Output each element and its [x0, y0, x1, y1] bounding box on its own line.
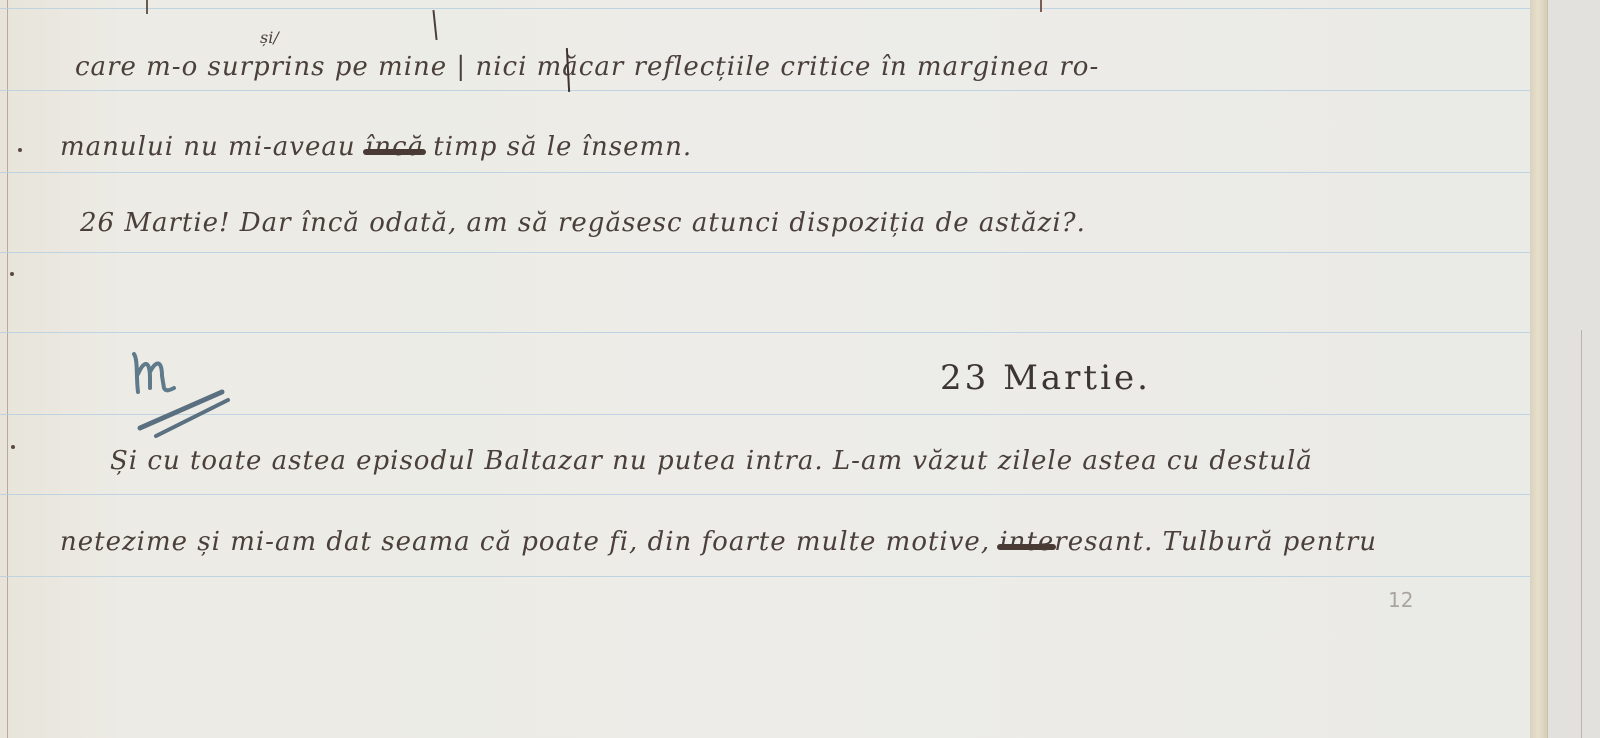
handwritten-line: manului nu mi-aveau încă timp să le înse… [60, 132, 692, 162]
stray-ink-mark [146, 0, 148, 14]
notebook-page: și/ care m-o surprins pe mine | nici măc… [0, 0, 1530, 738]
line-text: pe mine | nici măcar reflecțiile critice… [335, 52, 1099, 82]
line-text: care m-o surprins [75, 52, 335, 82]
line-text: manului nu mi-aveau [60, 132, 365, 162]
ruled-line [0, 90, 1530, 91]
margin-dot [11, 445, 15, 449]
page-binding-edge: ~ x ⁏ [1530, 0, 1548, 738]
line-text: timp să le însemn. [424, 132, 692, 162]
superscript-insertion: și/ [260, 28, 279, 47]
blue-pencil-m-annotation-icon [120, 348, 240, 438]
margin-dot [10, 272, 14, 276]
line-text: netezime și mi-am dat seama că poate fi,… [60, 527, 999, 557]
struck-out-word: inte [999, 527, 1054, 557]
entry-date-heading: 23 Martie. [940, 358, 1151, 398]
margin-line [7, 0, 8, 738]
ruled-line [0, 172, 1530, 173]
stray-ink-mark [1040, 0, 1042, 12]
ruled-line [0, 332, 1530, 333]
handwritten-line: 26 Martie! Dar încă odată, am să regăses… [80, 208, 1086, 238]
underlying-page-edge [1581, 330, 1582, 738]
stray-ink-mark [432, 10, 437, 40]
scan-backdrop [1548, 0, 1600, 738]
line-text: resant. Tulbură pentru [1054, 527, 1377, 557]
ruled-line [0, 8, 1530, 9]
margin-dot [18, 148, 22, 152]
ruled-line [0, 576, 1530, 577]
struck-out-word: încă [365, 132, 424, 162]
handwritten-line: netezime și mi-am dat seama că poate fi,… [60, 527, 1377, 557]
ruled-line [0, 494, 1530, 495]
handwritten-line: care m-o surprins pe mine | nici măcar r… [75, 52, 1099, 82]
handwritten-line: Și cu toate astea episodul Baltazar nu p… [110, 446, 1313, 476]
page-number: 12 [1388, 588, 1413, 612]
ruled-line [0, 252, 1530, 253]
